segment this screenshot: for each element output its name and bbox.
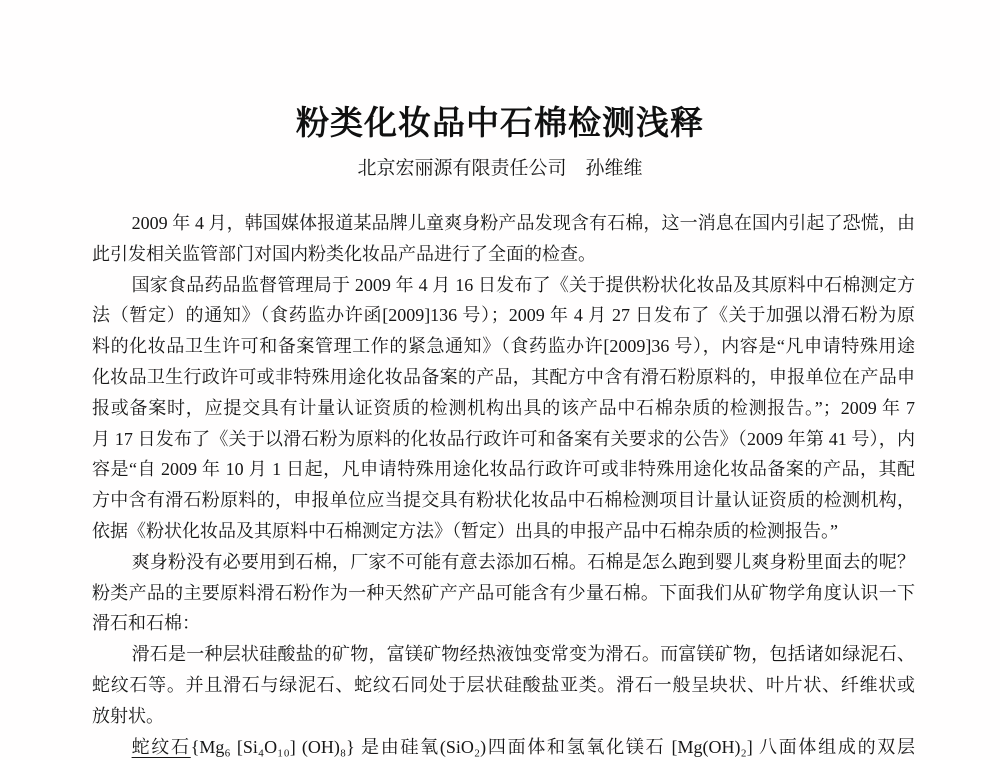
text-line: 法（暂定）的通知》（食药监办许函[2009]136 号）；2009 年 4 月 … [92, 300, 915, 331]
paragraph-4: 滑石是一种层状硅酸盐的矿物，富镁矿物经热液蚀变常变为滑石。而富镁矿物，包括诸如绿… [92, 639, 915, 731]
text-line: 容是“自 2009 年 10 月 1 日起，凡申请特殊用途化妆品行政许可或非特殊… [92, 454, 915, 485]
text-line: 滑石和石棉： [92, 608, 915, 639]
formula-segment: {Mg₆ [Si₄O₁₀] (OH)₈} 是由硅氧(SiO₂)四面体和氢氧化镁石… [191, 737, 915, 757]
text-line: 国家食品药品监督管理局于 2009 年 4 月 16 日发布了《关于提供粉状化妆… [92, 270, 915, 301]
text-line: 滑石是一种层状硅酸盐的矿物，富镁矿物经热液蚀变常变为滑石。而富镁矿物，包括诸如绿… [92, 639, 915, 670]
text-line: 月 17 日发布了《关于以滑石粉为原料的化妆品行政许可和备案有关要求的公告》（2… [92, 424, 915, 455]
text-line: 依据《粉状化妆品及其原料中石棉测定方法》（暂定）出具的申报产品中石棉杂质的检测报… [92, 516, 915, 547]
underlined-term: 蛇纹石 [132, 737, 191, 757]
author-byline: 北京宏丽源有限责任公司 孙维维 [0, 153, 1000, 180]
text-line: 此引发相关监管部门对国内粉类化妆品产品进行了全面的检查。 [92, 239, 915, 270]
text-line: 粉类产品的主要原料滑石粉作为一种天然矿产产品可能含有少量石棉。下面我们从矿物学角… [92, 578, 915, 609]
text-line: 蛇纹石等。并且滑石与绿泥石、蛇纹石同处于层状硅酸盐亚类。滑石一般呈块状、叶片状、… [92, 670, 915, 701]
text-line: 方中含有滑石粉原料的，申报单位应当提交具有粉状化妆品中石棉检测项目计量认证资质的… [92, 485, 915, 516]
paragraph-2: 国家食品药品监督管理局于 2009 年 4 月 16 日发布了《关于提供粉状化妆… [92, 270, 915, 547]
text-line: 化妆品卫生行政许可或非特殊用途化妆品备案的产品，其配方中含有滑石粉原料的，申报单… [92, 362, 915, 393]
text-line-formula: 蛇纹石{Mg₆ [Si₄O₁₀] (OH)₈} 是由硅氧(SiO₂)四面体和氢氧… [92, 732, 915, 760]
scanned-document-page: 粉类化妆品中石棉检测浅释 北京宏丽源有限责任公司 孙维维 2009 年 4 月，… [0, 0, 1000, 760]
text-line: 料的化妆品卫生许可和备案管理工作的紧急通知》（食药监办许[2009]36 号），… [92, 331, 915, 362]
text-line: 2009 年 4 月，韩国媒体报道某品牌儿童爽身粉产品发现含有石棉，这一消息在国… [92, 208, 915, 239]
text-line: 报或备案时，应提交具有计量认证资质的检测机构出具的该产品中石棉杂质的检测报告。”… [92, 393, 915, 424]
paragraph-1: 2009 年 4 月，韩国媒体报道某品牌儿童爽身粉产品发现含有石棉，这一消息在国… [92, 208, 915, 270]
page-title: 粉类化妆品中石棉检测浅释 [0, 97, 1000, 144]
document-body: 2009 年 4 月，韩国媒体报道某品牌儿童爽身粉产品发现含有石棉，这一消息在国… [92, 208, 915, 760]
paragraph-3: 爽身粉没有必要用到石棉，厂家不可能有意去添加石棉。石棉是怎么跑到婴儿爽身粉里面去… [92, 547, 915, 639]
text-line: 爽身粉没有必要用到石棉，厂家不可能有意去添加石棉。石棉是怎么跑到婴儿爽身粉里面去… [92, 547, 915, 578]
text-line: 放射状。 [92, 701, 915, 732]
paragraph-5: 蛇纹石{Mg₆ [Si₄O₁₀] (OH)₈} 是由硅氧(SiO₂)四面体和氢氧… [92, 732, 915, 760]
